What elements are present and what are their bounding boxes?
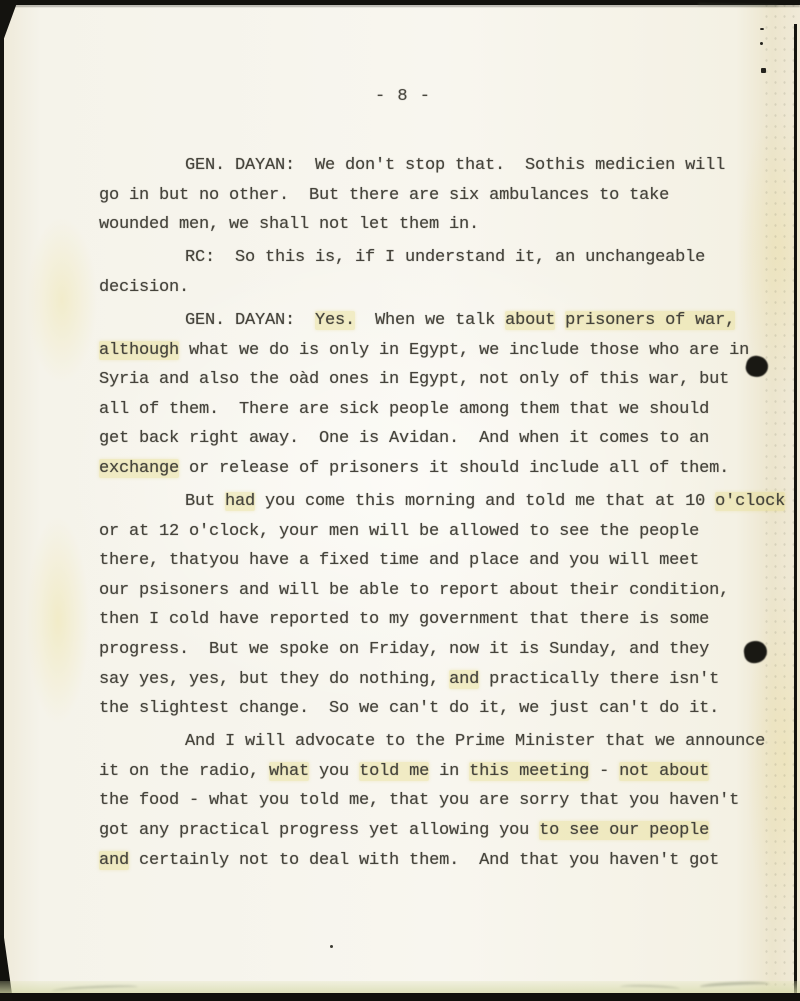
text-line: got any practical progress yet allowing …: [99, 816, 789, 846]
text-line: and certainly not to deal with them. And…: [99, 846, 789, 876]
scan-dot-4: [330, 945, 333, 948]
document-text: GEN. DAYAN: We don't stop that. Sothis m…: [99, 151, 789, 875]
text-line: RC: So this is, if I understand it, an u…: [99, 243, 789, 273]
text-line: go in but no other. But there are six am…: [99, 181, 789, 211]
text-line: get back right away. One is Avidan. And …: [99, 424, 789, 454]
scan-tint: this meeting: [469, 762, 589, 781]
text-line: our psisoners and will be able to report…: [99, 576, 789, 606]
text-line: progress. But we spoke on Friday, now it…: [99, 635, 789, 665]
scan-tint: what: [269, 762, 309, 781]
text-line: decision.: [99, 273, 789, 303]
scan-tint: o'clock: [715, 492, 785, 511]
scan-edge-right-line: [794, 24, 797, 993]
text-line: But had you come this morning and told m…: [99, 487, 789, 517]
scan-tint: not about: [619, 762, 709, 781]
scan-tint: exchange: [99, 459, 179, 478]
scan-edge-bottom: [0, 993, 800, 1001]
scan-edge-top-shadow: [0, 5, 800, 7]
text-line: GEN. DAYAN: Yes. When we talk about pris…: [99, 306, 789, 336]
text-line: there, thatyou have a fixed time and pla…: [99, 546, 789, 576]
text-line: wounded men, we shall not let them in.: [99, 210, 789, 240]
scan-tint: and: [449, 670, 479, 689]
scan-edge-left: [0, 0, 4, 1001]
text-line: the food - what you told me, that you ar…: [99, 786, 789, 816]
scan-tint: to see our people: [539, 821, 709, 840]
scan-dot-2: [760, 42, 763, 45]
scanned-document-page: - 8 - GEN. DAYAN: We don't stop that. So…: [0, 0, 800, 1001]
text-line: although what we do is only in Egypt, we…: [99, 336, 789, 366]
text-line: the slightest change. So we can't do it,…: [99, 694, 789, 724]
text-line: it on the radio, what you told me in thi…: [99, 757, 789, 787]
page-number: - 8 -: [375, 87, 431, 106]
text-line: say yes, yes, but they do nothing, and p…: [99, 665, 789, 695]
scan-tint: had: [225, 492, 255, 511]
text-line: all of them. There are sick people among…: [99, 395, 789, 425]
scan-dot-3: [761, 68, 766, 73]
text-line: or at 12 o'clock, your men will be allow…: [99, 517, 789, 547]
text-line: exchange or release of prisoners it shou…: [99, 454, 789, 484]
scan-tint: told me: [359, 762, 429, 781]
scan-tint: although: [99, 341, 179, 360]
scan-edge-left-wedge-top: [0, 0, 18, 70]
text-line: And I will advocate to the Prime Ministe…: [99, 727, 789, 757]
scan-dot-1: [760, 28, 764, 30]
text-line: GEN. DAYAN: We don't stop that. Sothis m…: [99, 151, 789, 181]
text-line: then I cold have reported to my governme…: [99, 605, 789, 635]
scan-tint: and: [99, 851, 129, 870]
scan-tint: prisoners of war,: [565, 311, 735, 330]
scan-tint: about: [505, 311, 555, 330]
text-line: Syria and also the oàd ones in Egypt, no…: [99, 365, 789, 395]
scan-tint: Yes.: [315, 311, 355, 330]
